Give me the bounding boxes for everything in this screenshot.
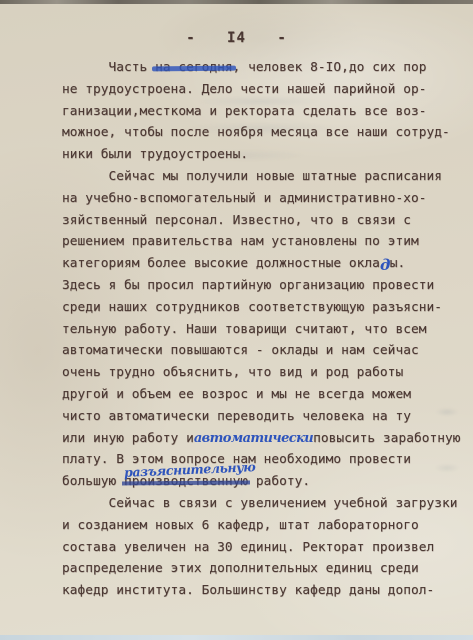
typed-text: , человек 8-IO,до сих пор — [233, 60, 427, 75]
typed-text: очень трудно объяснить, что вид и род ра… — [62, 365, 403, 380]
struck-out-text: производственнуюразъяснительную — [124, 474, 248, 489]
text-line: Часть на сегодня, человек 8-IO,до сих по… — [62, 57, 462, 79]
text-line: автоматически повышаются - оклады и нам … — [62, 340, 462, 362]
text-line: можное, чтобы после ноября месяца все на… — [62, 122, 462, 144]
typed-text: можное, чтобы после ноября месяца все на… — [62, 125, 450, 140]
text-block: Часть на сегодня, человек 8-IO,до сих по… — [62, 57, 462, 602]
typed-text: не трудоустроена. Дело чести нашей парий… — [62, 82, 426, 97]
text-line: другой и объем ее возрос и мы не всегда … — [62, 384, 462, 406]
typed-text: Сейчас в связи с увеличением учебной заг… — [62, 496, 457, 511]
typed-text: решением правительства нам установлены п… — [62, 234, 419, 249]
typed-text: Сейчас мы получили новые штатные расписа… — [62, 169, 442, 184]
typed-text: ганизации,месткома и ректората сделать в… — [62, 104, 426, 119]
page-number: - I4 - — [0, 30, 473, 46]
typed-text: или иную работу и — [62, 431, 194, 446]
typed-text: другой и объем ее возрос и мы не всегда … — [62, 387, 411, 402]
scan-top-edge — [0, 0, 473, 4]
text-line: кафедр института. Большинству кафедр дан… — [62, 580, 462, 602]
typed-text: автоматически повышаются - оклады и нам … — [62, 343, 419, 358]
text-line: зяйственный персонал. Известно, что в св… — [62, 210, 462, 232]
typed-text: Здесь я бы просил партийную организацию … — [62, 278, 434, 293]
typed-text: большую — [62, 474, 124, 489]
text-line: и созданием новых 6 кафедр, штат лаборат… — [62, 515, 462, 537]
typed-text: повысить заработную — [313, 431, 460, 446]
text-line: решением правительства нам установлены п… — [62, 231, 462, 253]
text-line: тельную работу. Наши товарищи считают, ч… — [62, 319, 462, 341]
handwritten-correction: разъяснительную — [124, 456, 256, 484]
text-line: не трудоустроена. Дело чести нашей парий… — [62, 79, 462, 101]
typed-text: чисто автоматически переводить человека … — [62, 409, 411, 424]
text-line: большую производственнуюразъяснительную … — [62, 471, 462, 493]
text-line: Сейчас мы получили новые штатные расписа… — [62, 166, 462, 188]
typed-text: распределение этих дополнительных единиц… — [62, 561, 419, 576]
typed-text: зяйственный персонал. Известно, что в св… — [62, 213, 411, 228]
text-line: Сейчас в связи с увеличением учебной заг… — [62, 493, 462, 515]
handwritten-insertion: д — [380, 256, 390, 274]
text-line: ники были трудоустроены. — [62, 144, 462, 166]
scan-bottom-edge — [0, 635, 473, 640]
text-line: состава увеличен на 30 единиц. Ректорат … — [62, 537, 462, 559]
scanned-document-page: - I4 - Часть на сегодня, человек 8-IO,до… — [0, 0, 473, 640]
text-line: чисто автоматически переводить человека … — [62, 406, 462, 428]
typed-text: и созданием новых 6 кафедр, штат лаборат… — [62, 518, 419, 533]
text-line: распределение этих дополнительных единиц… — [62, 558, 462, 580]
text-line: плату. В этом вопросе нам необходимо про… — [62, 449, 462, 471]
typed-text: Часть — [62, 60, 155, 75]
text-line: очень трудно объяснить, что вид и род ра… — [62, 362, 462, 384]
struck-out-text: на сегодня — [155, 60, 233, 75]
text-line: Здесь я бы просил партийную организацию … — [62, 275, 462, 297]
text-line: среди наших сотрудников соответствующую … — [62, 297, 462, 319]
typed-text: среди наших сотрудников соответствующую … — [62, 300, 442, 315]
typed-text: состава увеличен на 30 единиц. Ректорат … — [62, 540, 434, 555]
typed-text: кафедр института. Большинству кафедр дан… — [62, 583, 434, 598]
typed-text: тельную работу. Наши товарищи считают, ч… — [62, 322, 426, 337]
text-line: или иную работу иавтоматическиповысить з… — [62, 428, 462, 450]
typed-text: ники были трудоустроены. — [62, 147, 248, 162]
text-line: ганизации,месткома и ректората сделать в… — [62, 101, 462, 123]
typed-text: категориям более высокие должностные окл… — [62, 256, 380, 271]
text-line: на учебно-вспомогательный и администрати… — [62, 188, 462, 210]
handwritten-insertion: автоматически — [194, 431, 313, 446]
text-line: категориям более высокие должностные окл… — [62, 253, 462, 275]
typed-text: работу. — [248, 474, 310, 489]
typed-text: ы. — [390, 256, 406, 271]
typed-text: на учебно-вспомогательный и администрати… — [62, 191, 426, 206]
